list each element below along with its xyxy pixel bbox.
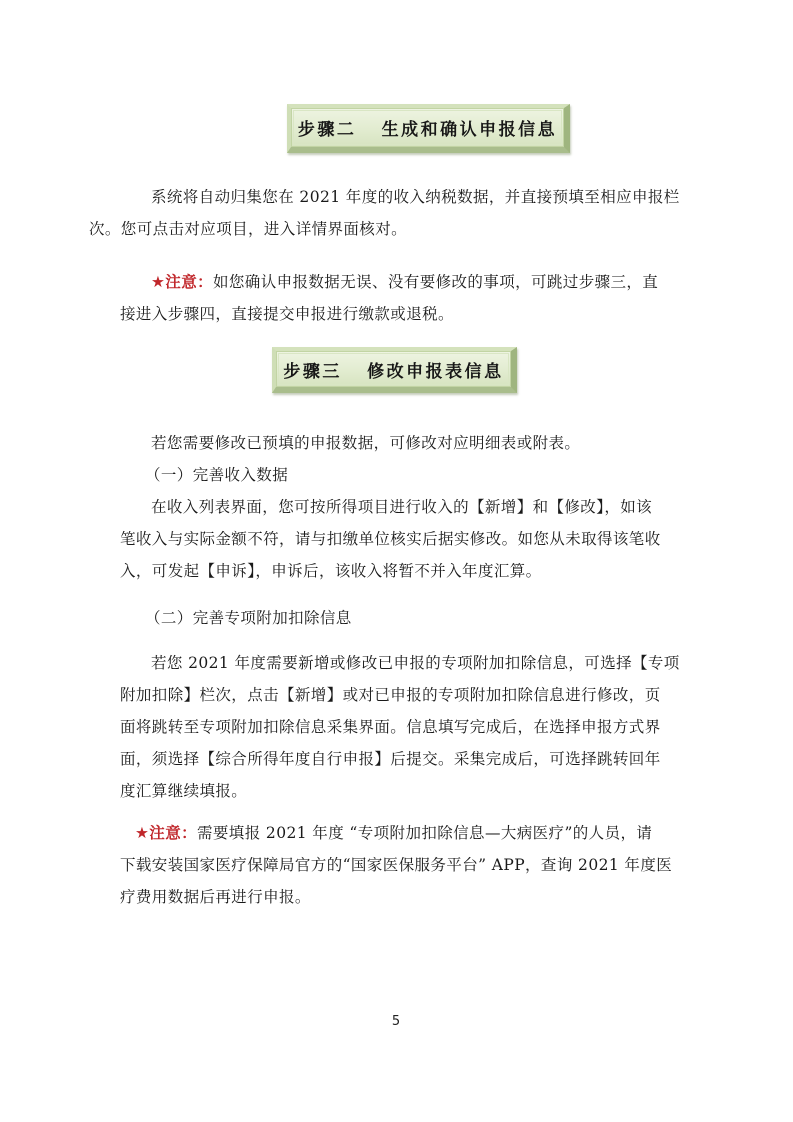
notice-label: ★注意： <box>151 273 213 291</box>
step3-heading: 步骤三 修改申报表信息 <box>283 357 503 382</box>
notice-line: ★注意：如您确认申报数据无误、没有要修改的事项，可跳过步骤三，直 <box>120 266 676 298</box>
paragraph-line: 系统将自动归集您在 2021 年度的收入纳税数据，并直接预填至相应申报栏 <box>120 181 676 213</box>
intro-line: 若您需要修改已预填的申报数据，可修改对应明细表或附表。 <box>120 427 676 459</box>
section2-line: 面将跳转至专项附加扣除信息采集界面。信息填写完成后，在选择申报方式界 <box>120 711 676 743</box>
step3-body: 若您需要修改已预填的申报数据，可修改对应明细表或附表。 （一）完善收入数据 在收… <box>120 427 676 587</box>
notice-line: 疗费用数据后再进行申报。 <box>120 881 676 913</box>
paragraph-line: 次。您可点击对应项目，进入详情界面核对。 <box>89 213 676 245</box>
notice-line: 下载安装国家医疗保障局官方的“国家医保服务平台” APP，查询 2021 年度医 <box>120 849 676 881</box>
step3-notice: ★注意：需要填报 2021 年度 “专项附加扣除信息—大病医疗”的人员，请 下载… <box>120 817 676 913</box>
section2-title-block: （二）完善专项附加扣除信息 <box>120 602 676 634</box>
section2-line: 度汇算继续填报。 <box>120 775 676 807</box>
step2-notice: ★注意：如您确认申报数据无误、没有要修改的事项，可跳过步骤三，直 接进入步骤四，… <box>120 266 676 330</box>
step2-heading-box: 步骤二 生成和确认申报信息 <box>287 104 570 153</box>
section2-line: 面，须选择【综合所得年度自行申报】后提交。采集完成后，可选择跳转回年 <box>120 743 676 775</box>
section1-title: （一）完善收入数据 <box>120 459 676 491</box>
section2-paragraph: 若您 2021 年度需要新增或修改已申报的专项附加扣除信息，可选择【专项 附加扣… <box>120 647 676 807</box>
notice-text: 需要填报 2021 年度 “专项附加扣除信息—大病医疗”的人员，请 <box>197 824 652 842</box>
page-number: 5 <box>386 1014 406 1029</box>
section1-line: 笔收入与实际金额不符，请与扣缴单位核实后据实修改。如您从未取得该笔收 <box>120 523 676 555</box>
notice-label: ★注意： <box>135 824 197 842</box>
step2-paragraph: 系统将自动归集您在 2021 年度的收入纳税数据，并直接预填至相应申报栏 次。您… <box>120 181 676 245</box>
section2-line: 附加扣除】栏次，点击【新增】或对已申报的专项附加扣除信息进行修改，页 <box>120 679 676 711</box>
notice-line: 接进入步骤四，直接提交申报进行缴款或退税。 <box>120 298 676 330</box>
document-page: 步骤二 生成和确认申报信息 系统将自动归集您在 2021 年度的收入纳税数据，并… <box>0 0 793 1122</box>
notice-line: ★注意：需要填报 2021 年度 “专项附加扣除信息—大病医疗”的人员，请 <box>120 817 676 849</box>
section2-title: （二）完善专项附加扣除信息 <box>120 602 676 634</box>
section1-line: 在收入列表界面，您可按所得项目进行收入的【新增】和【修改】，如该 <box>120 491 676 523</box>
step3-heading-box: 步骤三 修改申报表信息 <box>272 347 517 393</box>
notice-text: 如您确认申报数据无误、没有要修改的事项，可跳过步骤三，直 <box>213 273 658 291</box>
step2-heading: 步骤二 生成和确认申报信息 <box>298 115 557 140</box>
section1-line: 入，可发起【申诉】，申诉后，该收入将暂不并入年度汇算。 <box>120 555 676 587</box>
section2-line: 若您 2021 年度需要新增或修改已申报的专项附加扣除信息，可选择【专项 <box>120 647 676 679</box>
